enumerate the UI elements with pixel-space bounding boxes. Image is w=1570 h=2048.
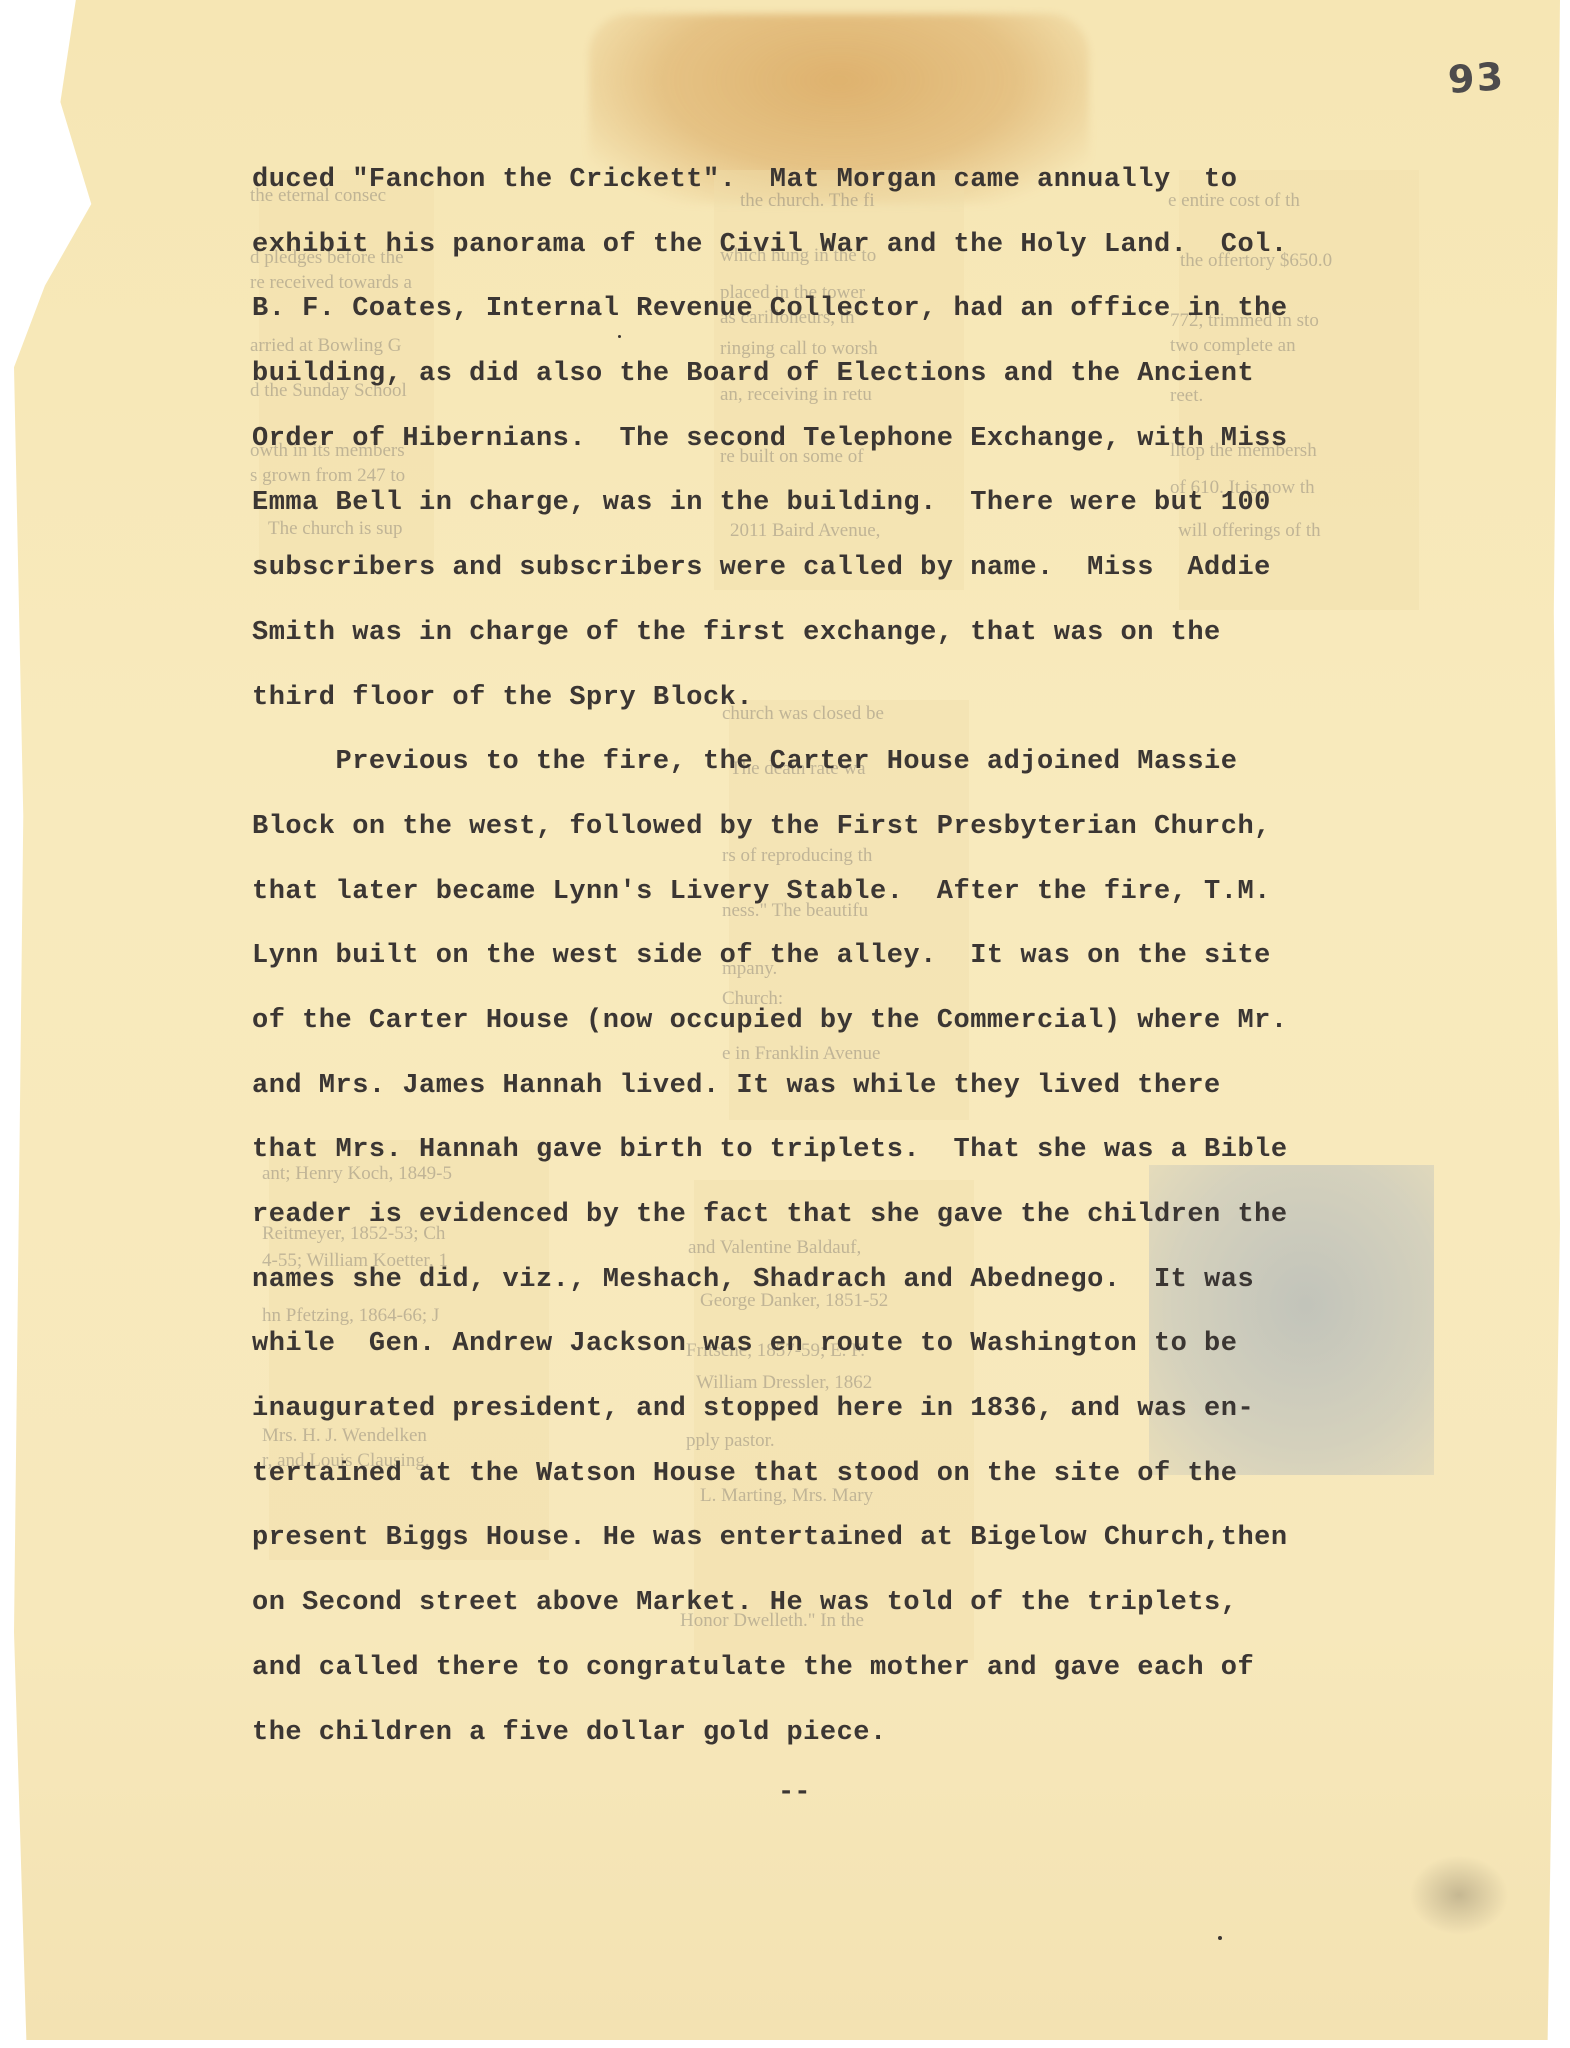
page-number: 93 — [1447, 54, 1507, 102]
text-line: the children a five dollar gold piece. — [252, 1701, 1432, 1766]
text-line: Smith was in charge of the first exchang… — [252, 601, 1432, 666]
text-line: while Gen. Andrew Jackson was en route t… — [252, 1312, 1432, 1377]
ink-speck — [618, 335, 621, 338]
ink-speck — [1218, 1936, 1222, 1940]
text-line: third floor of the Spry Block. — [252, 666, 1432, 731]
text-line: reader is evidenced by the fact that she… — [252, 1183, 1432, 1248]
smudge-mark — [1409, 1855, 1509, 1935]
text-line: names she did, viz., Meshach, Shadrach a… — [252, 1248, 1432, 1313]
text-line: Block on the west, followed by the First… — [252, 795, 1432, 860]
text-line: on Second street above Market. He was to… — [252, 1571, 1432, 1636]
text-line: building, as did also the Board of Elect… — [252, 342, 1432, 407]
text-line: Order of Hibernians. The second Telephon… — [252, 407, 1432, 472]
text-line: Emma Bell in charge, was in the building… — [252, 471, 1432, 536]
text-line: exhibit his panorama of the Civil War an… — [252, 213, 1432, 278]
text-line: of the Carter House (now occupied by the… — [252, 989, 1432, 1054]
text-line: inaugurated president, and stopped here … — [252, 1377, 1432, 1442]
text-line: and Mrs. James Hannah lived. It was whil… — [252, 1054, 1432, 1119]
text-line: duced "Fanchon the Crickett". Mat Morgan… — [252, 148, 1432, 213]
text-line: B. F. Coates, Internal Revenue Collector… — [252, 277, 1432, 342]
typewritten-body: duced "Fanchon the Crickett". Mat Morgan… — [252, 148, 1432, 1765]
text-line: Lynn built on the west side of the alley… — [252, 924, 1432, 989]
text-line: tertained at the Watson House that stood… — [252, 1442, 1432, 1507]
text-line: present Biggs House. He was entertained … — [252, 1506, 1432, 1571]
text-line: Previous to the fire, the Carter House a… — [252, 730, 1432, 795]
text-line: subscribers and subscribers were called … — [252, 536, 1432, 601]
end-mark: -- — [778, 1778, 810, 1808]
text-line: that Mrs. Hannah gave birth to triplets.… — [252, 1118, 1432, 1183]
text-line: and called there to congratulate the mot… — [252, 1636, 1432, 1701]
text-line: that later became Lynn's Livery Stable. … — [252, 860, 1432, 925]
